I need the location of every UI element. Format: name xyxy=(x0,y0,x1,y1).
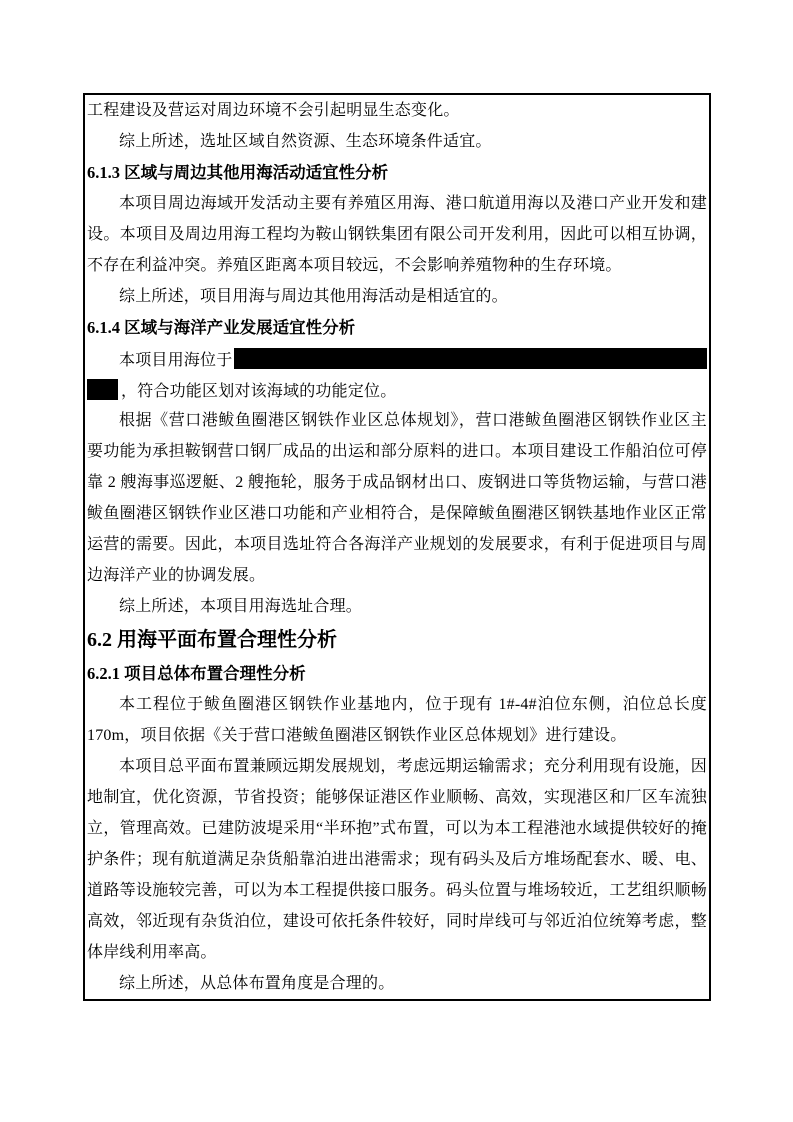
redacted-prefix-text: 本项目用海位于 xyxy=(87,347,232,370)
redacted-line-2: ，符合功能区划对该海域的功能定位。 xyxy=(87,374,707,405)
document-table-cell: 工程建设及营运对周边环境不会引起明显生态变化。 综上所述，选址区域自然资源、生态… xyxy=(83,93,711,1001)
section-heading-6-1-3: 6.1.3 区域与周边其他用海活动适宜性分析 xyxy=(87,157,707,188)
paragraph-project-location: 本工程位于鲅鱼圈港区钢铁作业基地内，位于现有 1#-4#泊位东侧，泊位总长度17… xyxy=(87,689,707,751)
document-page: { "document": { "blocks": [ { "type": "p… xyxy=(0,0,793,1122)
paragraph-sea-use-compatibility-summary: 综上所述，项目用海与周边其他用海活动是相适宜的。 xyxy=(87,281,707,312)
paragraph-ecology-conclusion: 工程建设及营运对周边环境不会引起明显生态变化。 xyxy=(87,95,707,126)
redaction-bar xyxy=(234,348,707,369)
section-heading-6-2: 6.2 用海平面布置合理性分析 xyxy=(87,622,707,658)
redacted-suffix-text: ，符合功能区划对该海域的功能定位。 xyxy=(121,378,396,401)
paragraph-surrounding-sea-use: 本项目周边海域开发活动主要有养殖区用海、港口航道用海以及港口产业开发和建设。本项… xyxy=(87,188,707,281)
paragraph-port-planning: 根据《营口港鲅鱼圈港区钢铁作业区总体规划》，营口港鲅鱼圈港区钢铁作业区主要功能为… xyxy=(87,405,707,591)
redaction-bar xyxy=(87,379,118,400)
paragraph-redacted-location: 本项目用海位于 ，符合功能区划对该海域的功能定位。 xyxy=(87,343,707,405)
paragraph-layout-rationale: 本项目总平面布置兼顾远期发展规划，考虑远期运输需求；充分利用现有设施，因地制宜，… xyxy=(87,751,707,968)
section-heading-6-2-1: 6.2.1 项目总体布置合理性分析 xyxy=(87,658,707,689)
redacted-line-1: 本项目用海位于 xyxy=(87,343,707,374)
paragraph-site-suitability-summary: 综上所述，选址区域自然资源、生态环境条件适宜。 xyxy=(87,126,707,157)
section-heading-6-1-4: 6.1.4 区域与海洋产业发展适宜性分析 xyxy=(87,312,707,343)
paragraph-overall-layout-summary: 综上所述，从总体布置角度是合理的。 xyxy=(87,968,707,999)
paragraph-site-selection-summary: 综上所述，本项目用海选址合理。 xyxy=(87,591,707,622)
